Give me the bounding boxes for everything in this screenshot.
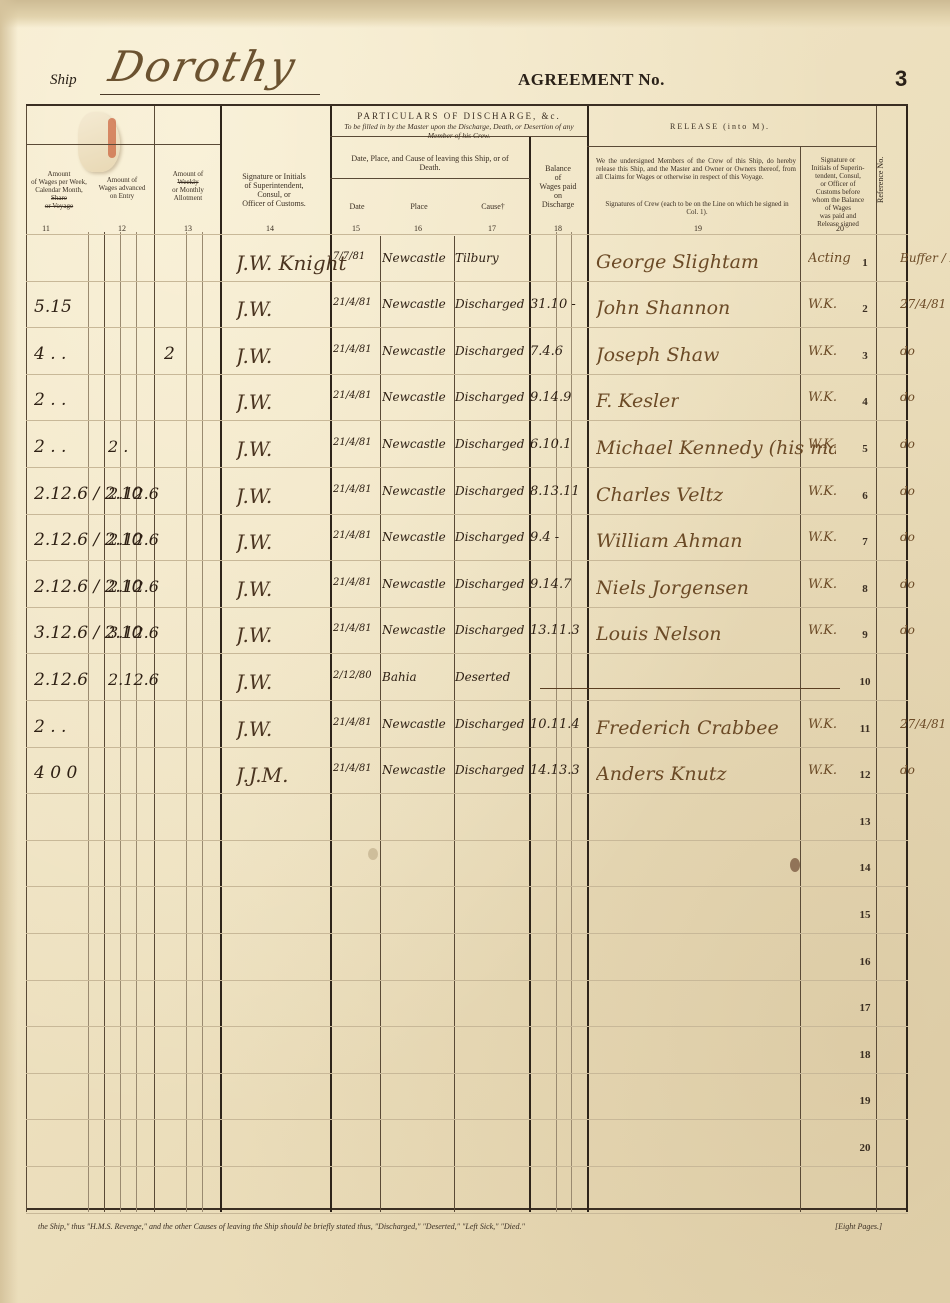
ink-stain: [790, 858, 800, 872]
hdr-line: Amount of: [156, 170, 220, 178]
cell-place: Newcastle: [382, 297, 446, 311]
ship-name: Dorothy: [105, 42, 301, 91]
row-rule: [26, 1213, 908, 1214]
col-border: [202, 232, 203, 1212]
cell-crew-signature: George Slightam: [596, 251, 759, 273]
col-border: [587, 106, 589, 1212]
cell-cause: Discharged: [455, 717, 524, 731]
cell-cause: Discharged: [455, 390, 524, 404]
hdr-line: Wages paid: [530, 182, 586, 191]
hdr-line: tendent, Consul,: [802, 172, 874, 180]
row-rule: [26, 467, 908, 468]
cell-initials: J.W.: [236, 530, 272, 554]
void-line-row-10: [540, 688, 840, 689]
row-rule: [26, 886, 908, 887]
cell-place: Bahia: [382, 670, 417, 684]
row-rule: [26, 420, 908, 421]
hdr-line: of: [530, 173, 586, 182]
cell-initials: J.W.: [236, 670, 272, 694]
col-border: [876, 106, 877, 1212]
col-number: 15: [346, 224, 366, 233]
cell-cause: Discharged: [455, 297, 524, 311]
cell-date: 21/4/81: [333, 390, 372, 401]
cell-place: Newcastle: [382, 344, 446, 358]
hdr-line: Share: [28, 194, 90, 202]
hdr-line: Signature or: [802, 156, 874, 164]
hdr-rule: [26, 144, 220, 145]
cell-place: Newcastle: [382, 577, 446, 591]
col-border: [136, 232, 137, 1212]
col-number: 16: [408, 224, 428, 233]
col-border: [26, 106, 27, 1212]
cell-reference: do: [900, 623, 915, 637]
col-border: [104, 232, 105, 1212]
line-number: 9: [850, 629, 880, 641]
hdr-date: Date: [332, 202, 382, 211]
cell-date: 21/4/81: [333, 297, 372, 308]
line-number: 11: [850, 723, 880, 735]
paper-edge-left: [0, 0, 18, 1303]
cell-date: 21/4/81: [333, 577, 372, 588]
line-number: 3: [850, 350, 880, 362]
line-number: 2: [850, 303, 880, 315]
row-rule: [26, 1119, 908, 1120]
cell-reference: do: [900, 763, 915, 777]
cell-place: Newcastle: [382, 437, 446, 451]
paper-edge: [0, 0, 950, 28]
cell-reference: do: [900, 577, 915, 591]
col-border: [120, 232, 121, 1212]
hdr-release-signatures: Signatures of Crew (each to be on the Li…: [604, 200, 790, 216]
hdr-line: Balance: [530, 164, 586, 173]
cell-balance: 31.10 -: [530, 297, 576, 312]
cell-place: Newcastle: [382, 763, 446, 777]
cell-crew-signature: William Ahman: [596, 530, 742, 552]
cell-officer: W.K.: [808, 344, 837, 359]
cell-balance: 14.13.3: [530, 763, 580, 778]
cell-wages: 4 0 0: [34, 763, 77, 783]
row-rule: [26, 514, 908, 515]
hdr-line: Amount: [28, 170, 90, 178]
cell-balance: 9.14.9: [530, 390, 571, 405]
cell-wages: 2 . .: [34, 390, 66, 410]
row-rule: [26, 560, 908, 561]
cell-cause: Tilbury: [455, 251, 499, 265]
cell-initials: J.W.: [236, 484, 272, 508]
cell-initials: J.W.: [236, 344, 272, 368]
cell-crew-signature: Niels Jorgensen: [596, 577, 749, 599]
col-number: 19: [688, 224, 708, 233]
col-border: [186, 232, 187, 1212]
cell-place: Newcastle: [382, 390, 446, 404]
row-rule: [26, 840, 908, 841]
cell-reference: do: [900, 437, 915, 451]
cell-reference: 27/4/81: [900, 717, 946, 731]
cell-initials: J.J.M.: [236, 763, 288, 787]
hdr-line: Calendar Month,: [28, 186, 90, 194]
col-number: 11: [36, 224, 56, 233]
cell-crew-signature: Frederich Crabbee: [596, 717, 779, 739]
agreement-title: AGREEMENT No.: [518, 70, 665, 90]
line-number: 10: [850, 676, 880, 688]
cell-balance: 13.11.3: [530, 623, 580, 638]
cell-balance: 8.13.11: [530, 484, 580, 499]
line-number: 19: [850, 1095, 880, 1107]
cell-advanced: 2.12.6: [108, 670, 159, 689]
cell-officer: Acting: [808, 251, 851, 266]
col-number: 14: [260, 224, 280, 233]
row-rule: [26, 980, 908, 981]
hdr-line: Wages advanced: [90, 184, 154, 192]
cell-cause: Discharged: [455, 577, 524, 591]
hdr-rule: [587, 146, 876, 147]
ship-underline: [100, 94, 320, 95]
line-number: 13: [850, 816, 880, 828]
col-number: 18: [548, 224, 568, 233]
cell-wages: 4 . .: [34, 344, 66, 364]
cell-wages: 2.12.6: [34, 670, 88, 690]
row-rule: [26, 653, 908, 654]
hdr-rule: [330, 178, 530, 179]
cell-date: 21/4/81: [333, 763, 372, 774]
cell-balance: 9.14.7: [530, 577, 571, 592]
cell-reference: 27/4/81: [900, 297, 946, 311]
line-number: 1: [850, 257, 880, 269]
ink-stain: [368, 848, 378, 860]
col-number: 17: [482, 224, 502, 233]
row-rule: [26, 607, 908, 608]
col-number: 13: [178, 224, 198, 233]
cell-date: 2/12/80: [333, 670, 372, 681]
row-rule: [26, 374, 908, 375]
col-border: [906, 106, 908, 1212]
cell-crew-signature: John Shannon: [596, 297, 730, 319]
row-rule: [26, 1073, 908, 1074]
hdr-reference-no: Reference No.: [876, 140, 896, 220]
hdr-cause: Cause†: [456, 202, 530, 211]
cell-place: Newcastle: [382, 530, 446, 544]
hdr-line: of Wages per Week,: [28, 178, 90, 186]
cell-reference: do: [900, 344, 915, 358]
cell-date: 21/4/81: [333, 530, 372, 541]
hdr-release-text: We the undersigned Members of the Crew o…: [596, 157, 796, 181]
hdr-line: Signature or Initials: [222, 172, 326, 181]
cell-officer: W.K.: [808, 390, 837, 405]
cell-crew-signature: Charles Veltz: [596, 484, 723, 506]
line-number: 17: [850, 1002, 880, 1014]
row-rule: [26, 700, 908, 701]
hdr-amount-allotment: Amount of Weekly or Monthly Allotment: [156, 170, 220, 202]
cell-initials: J.W.: [236, 437, 272, 461]
cell-initials: J.W. Knight: [236, 251, 347, 275]
hdr-particulars-title: PARTICULARS OF DISCHARGE, &c.: [332, 112, 586, 121]
cell-cause: Discharged: [455, 763, 524, 777]
footer-note: the Ship," thus "H.M.S. Revenge," and th…: [38, 1222, 525, 1231]
cell-officer: W.K.: [808, 437, 837, 452]
hdr-line: Officer of Customs.: [222, 199, 326, 208]
cell-date: 21/4/81: [333, 484, 372, 495]
hdr-line: Weekly: [156, 178, 220, 186]
footer-pages: [Eight Pages.]: [835, 1222, 882, 1231]
hdr-line: on Entry: [90, 192, 154, 200]
line-number: 18: [850, 1049, 880, 1061]
cell-place: Newcastle: [382, 484, 446, 498]
line-number: 12: [850, 769, 880, 781]
cell-reference: do: [900, 390, 915, 404]
row-rule: [26, 793, 908, 794]
hdr-line: of Wages: [802, 204, 874, 212]
cell-wages: 2 . .: [34, 717, 66, 737]
col-border: [154, 106, 155, 1212]
hdr-release-title: RELEASE (into M).: [620, 122, 820, 131]
cell-reference: do: [900, 484, 915, 498]
row-rule: [26, 281, 908, 282]
cell-cause: Discharged: [455, 623, 524, 637]
cell-officer: W.K.: [808, 717, 837, 732]
hdr-line: or Voyage: [28, 202, 90, 210]
line-number: 15: [850, 909, 880, 921]
hdr-line: whom the Balance: [802, 196, 874, 204]
hdr-line: Allotment: [156, 194, 220, 202]
cell-officer: W.K.: [808, 297, 837, 312]
hdr-line: Customs before: [802, 188, 874, 196]
row-rule: [26, 234, 908, 235]
hdr-line: or Monthly: [156, 186, 220, 194]
cell-date: 21/4/81: [333, 437, 372, 448]
agreement-page: Ship Dorothy AGREEMENT No. 3: [0, 0, 950, 1303]
cell-officer: W.K.: [808, 623, 837, 638]
line-number: 4: [850, 396, 880, 408]
cell-place: Newcastle: [382, 717, 446, 731]
col-border: [88, 232, 89, 1212]
cell-advanced: 2.12.6: [108, 530, 159, 549]
row-rule: [26, 747, 908, 748]
cell-initials: J.W.: [236, 623, 272, 647]
line-number: 5: [850, 443, 880, 455]
hdr-line: on: [530, 191, 586, 200]
hdr-amount-advanced: Amount of Wages advanced on Entry: [90, 176, 154, 200]
hdr-line: or Officer of: [802, 180, 874, 188]
col-number: 12: [112, 224, 132, 233]
cell-advanced: 2 .: [108, 437, 128, 456]
cell-balance: 10.11.4: [530, 717, 580, 732]
row-rule: [26, 933, 908, 934]
col-border: [380, 236, 381, 1212]
hdr-signature-superintendent: Signature or Initials of Superintendent,…: [222, 172, 326, 208]
col-border: [220, 106, 222, 1212]
cell-balance: 7.4.6: [530, 344, 563, 359]
row-rule: [26, 1026, 908, 1027]
cell-officer: W.K.: [808, 577, 837, 592]
title-row: Ship Dorothy AGREEMENT No. 3: [0, 60, 950, 100]
hdr-place: Place: [382, 202, 456, 211]
cell-crew-signature: Anders Knutz: [596, 763, 727, 785]
hdr-signature-release-officer: Signature or Initials of Superin- tenden…: [802, 156, 874, 228]
hdr-line: Amount of: [90, 176, 154, 184]
row-rule: [26, 327, 908, 328]
cell-date: 21/4/81: [333, 623, 372, 634]
cell-cause: Discharged: [455, 530, 524, 544]
line-number: 16: [850, 956, 880, 968]
cell-reference: do: [900, 530, 915, 544]
cell-allotment: 2: [164, 344, 175, 364]
cell-crew-signature: Joseph Shaw: [596, 344, 719, 366]
cell-date: 21/4/81: [333, 717, 372, 728]
hdr-date-place-cause: Date, Place, and Cause of leaving this S…: [340, 154, 520, 172]
cell-cause: Discharged: [455, 484, 524, 498]
line-number: 20: [850, 1142, 880, 1154]
hdr-amount-wages: Amount of Wages per Week, Calendar Month…: [28, 170, 90, 210]
cell-date: 21/4/81: [333, 344, 372, 355]
ship-label: Ship: [50, 72, 77, 89]
cell-initials: J.W.: [236, 390, 272, 414]
cell-cause: Discharged: [455, 437, 524, 451]
cell-officer: W.K.: [808, 763, 837, 778]
cell-cause: Discharged: [455, 344, 524, 358]
cell-crew-signature: Louis Nelson: [596, 623, 722, 645]
cell-advanced: 2.12.6: [108, 577, 159, 596]
cell-place: Newcastle: [382, 623, 446, 637]
hdr-line: Consul, or: [222, 190, 326, 199]
cell-wages: 5.15: [34, 297, 72, 317]
cell-advanced: 2.12.6: [108, 484, 159, 503]
cell-officer: W.K.: [808, 484, 837, 499]
hdr-particulars-subtitle: To be filled in by the Master upon the D…: [334, 122, 584, 140]
col-number: 20: [830, 224, 850, 233]
hdr-line: was paid and: [802, 212, 874, 220]
cell-wages: 2 . .: [34, 437, 66, 457]
line-number: 14: [850, 862, 880, 874]
cell-officer: W.K.: [808, 530, 837, 545]
cell-reference: Buffer / Do: [900, 251, 950, 265]
hdr-line: Initials of Superin-: [802, 164, 874, 172]
cell-date: 7/7/81: [333, 251, 365, 262]
cell-initials: J.W.: [236, 297, 272, 321]
cell-balance: 6.10.1: [530, 437, 571, 452]
row-rule: [26, 1166, 908, 1167]
cell-advanced: 3.12.6: [108, 623, 159, 642]
col-border: [800, 146, 801, 1212]
hdr-line: of Superintendent,: [222, 181, 326, 190]
discharge-table: [26, 104, 908, 1210]
cell-cause: Deserted: [455, 670, 510, 684]
line-number: 8: [850, 583, 880, 595]
page-number: 3: [895, 66, 907, 92]
cell-initials: J.W.: [236, 717, 272, 741]
hdr-balance: Balance of Wages paid on Discharge: [530, 164, 586, 209]
cell-crew-signature: Michael Kennedy (his mark): [596, 437, 836, 459]
cell-initials: J.W.: [236, 577, 272, 601]
hdr-line: Discharge: [530, 200, 586, 209]
cell-place: Newcastle: [382, 251, 446, 265]
cell-crew-signature: F. Kesler: [596, 390, 679, 412]
line-number: 6: [850, 490, 880, 502]
cell-balance: 9.4 -: [530, 530, 559, 545]
line-number: 7: [850, 536, 880, 548]
